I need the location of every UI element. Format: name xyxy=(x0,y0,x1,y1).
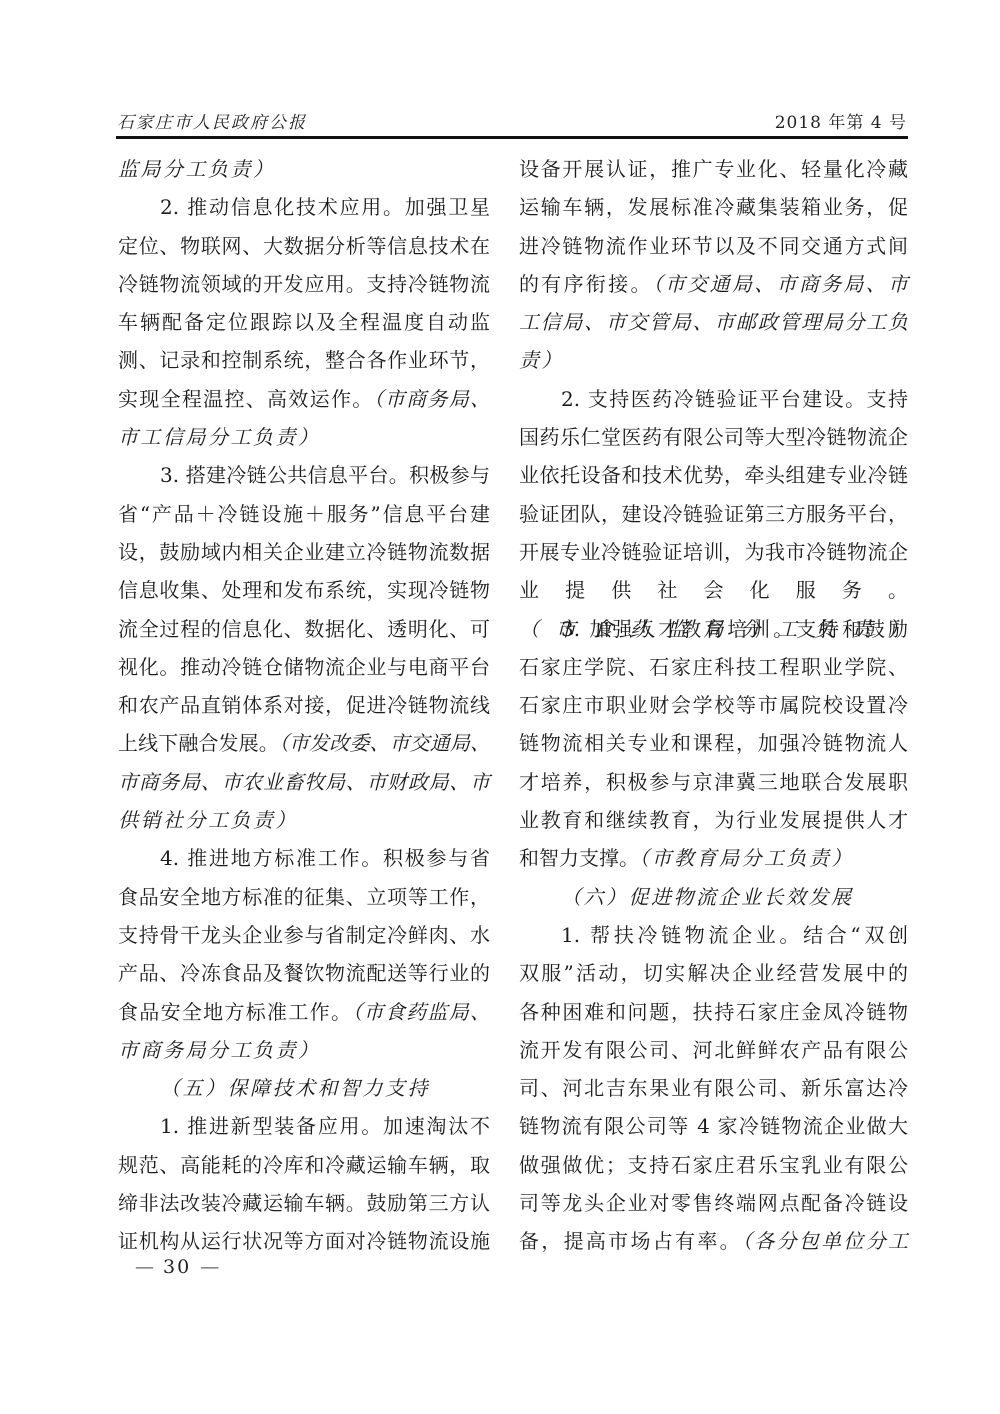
page-body: 监局分工负责）2. 推动信息化技术应用。加强卫星定位、物联网、大数据分析等信息技… xyxy=(118,150,908,1261)
text-segment-song: 设，鼓励域内相关企业建立冷链物流数据 xyxy=(118,540,490,564)
text-segment-kai: （各分包单位分工 xyxy=(742,1229,908,1253)
page-number: 30 xyxy=(163,1256,191,1278)
text-line: 链物流有限公司等 4 家冷链物流企业做大 xyxy=(519,1107,908,1145)
text-segment-song: 才培养，积极参与京津冀三地联合发展职 xyxy=(519,770,908,794)
text-line: （五）保障技术和智力支持 xyxy=(118,1069,490,1107)
text-segment-song: 业提供社会化服务。 xyxy=(519,578,908,602)
page-footer: —30— xyxy=(126,1254,228,1280)
text-line: 做强做优；支持石家庄君乐宝乳业有限公 xyxy=(519,1146,908,1184)
text-segment-song: 各种困难和问题，扶持石家庄金凤冷链物 xyxy=(519,1000,908,1024)
text-line: 设，鼓励域内相关企业建立冷链物流数据 xyxy=(118,533,490,571)
header-rule xyxy=(116,136,908,139)
text-segment-song: 食品安全地方标准工作。 xyxy=(118,1000,352,1024)
text-segment-song: 石家庄学院、石家庄科技工程职业学院、 xyxy=(519,655,908,679)
text-line: 石家庄学院、石家庄科技工程职业学院、 xyxy=(519,648,908,686)
text-line: 和农产品直销体系对接，促进冷链物流线 xyxy=(118,686,490,724)
text-line: 市商务局、市农业畜牧局、市财政局、市 xyxy=(118,763,490,801)
text-segment-song: 和智力支撑。 xyxy=(519,846,639,870)
text-segment-song: 石家庄市职业财会学校等市属院校设置冷 xyxy=(519,693,908,717)
text-segment-song: 司等龙头企业对零售终端网点配备冷链设 xyxy=(519,1191,908,1215)
text-segment-song: 进冷链物流作业环节以及不同交通方式间 xyxy=(519,234,908,258)
text-line: 省“产品＋冷链设施＋服务”信息平台建 xyxy=(118,495,490,533)
text-segment-song: 验证团队，建设冷链验证第三方服务平台， xyxy=(519,502,908,526)
text-line: 双服”活动，切实解决企业经营发展中的 xyxy=(519,954,908,992)
text-segment-song: 国药乐仁堂医药有限公司等大型冷链物流企 xyxy=(519,425,908,449)
text-line: 1. 帮扶冷链物流企业。结合“双创 xyxy=(519,916,908,954)
text-line: 工信局、市交管局、市邮政管理局分工负 xyxy=(519,303,908,341)
text-line: 业教育和继续教育，为行业发展提供人才 xyxy=(519,801,908,839)
text-line: 3. 加强人才教育培训。支持和鼓励 xyxy=(519,610,908,648)
text-line: 上线下融合发展。（市发改委、市交通局、 xyxy=(118,724,490,762)
text-line: 信息收集、处理和发布系统，实现冷链物 xyxy=(118,571,490,609)
text-segment-kai: （五）保障技术和智力支持 xyxy=(160,1076,430,1100)
text-segment-kai: （市食药监局、 xyxy=(352,1000,490,1024)
text-segment-song: 缔非法改装冷藏运输车辆。鼓励第三方认 xyxy=(118,1191,490,1215)
text-line: 链物流相关专业和课程，加强冷链物流人 xyxy=(519,724,908,762)
left-column: 监局分工负责）2. 推动信息化技术应用。加强卫星定位、物联网、大数据分析等信息技… xyxy=(118,150,490,1261)
text-line: 才培养，积极参与京津冀三地联合发展职 xyxy=(519,763,908,801)
text-segment-song: 省“产品＋冷链设施＋服务”信息平台建 xyxy=(118,502,490,526)
text-segment-song: 双服”活动，切实解决企业经营发展中的 xyxy=(519,961,908,985)
footer-dash-left: — xyxy=(126,1256,163,1278)
text-line: 实现全程温控、高效运作。（市商务局、 xyxy=(118,380,490,418)
text-segment-kai: 市商务局、市农业畜牧局、市财政局、市 xyxy=(118,770,490,794)
text-line: 食品安全地方标准工作。（市食药监局、 xyxy=(118,993,490,1031)
text-segment-song: 车辆配备定位跟踪以及全程温度自动监 xyxy=(118,310,490,334)
text-segment-song: 食品安全地方标准的征集、立项等工作， xyxy=(118,885,490,909)
text-segment-song: 运输车辆，发展标准冷藏集装箱业务，促 xyxy=(519,195,908,219)
text-segment-kai: （市教育局分工负责） xyxy=(639,846,854,870)
text-line: 设备开展认证，推广专业化、轻量化冷藏 xyxy=(519,150,908,188)
text-line: 石家庄市职业财会学校等市属院校设置冷 xyxy=(519,686,908,724)
text-line: 缔非法改装冷藏运输车辆。鼓励第三方认 xyxy=(118,1184,490,1222)
text-line: 监局分工负责） xyxy=(118,150,490,188)
text-line: 3. 搭建冷链公共信息平台。积极参与 xyxy=(118,456,490,494)
text-line: 1. 推进新型装备应用。加速淘汰不 xyxy=(118,1107,490,1145)
text-line: 规范、高能耗的冷库和冷藏运输车辆，取 xyxy=(118,1146,490,1184)
text-segment-song: 设备开展认证，推广专业化、轻量化冷藏 xyxy=(519,157,908,181)
text-line: 备，提高市场占有率。（各分包单位分工 xyxy=(519,1222,908,1260)
text-line: 责） xyxy=(519,341,908,379)
text-segment-song: 2. 支持医药冷链验证平台建设。支持 xyxy=(561,387,908,411)
text-segment-kai: （市商务局、 xyxy=(374,387,490,411)
text-segment-song: 流全过程的信息化、数据化、透明化、可 xyxy=(118,617,490,641)
text-line: 的有序衔接。（市交通局、市商务局、市 xyxy=(519,265,908,303)
text-segment-song: 规范、高能耗的冷库和冷藏运输车辆，取 xyxy=(118,1153,490,1177)
text-line: 业依托设备和技术优势，牵头组建专业冷链 xyxy=(519,456,908,494)
text-segment-song: 3. 搭建冷链公共信息平台。积极参与 xyxy=(160,463,490,487)
text-line: 视化。推动冷链仓储物流企业与电商平台 xyxy=(118,648,490,686)
text-line: 市商务局分工负责） xyxy=(118,1031,490,1069)
text-segment-song: 司、河北吉东果业有限公司、新乐富达冷 xyxy=(519,1076,908,1100)
text-line: 业提供社会化服务。（市食药监局分工负责） xyxy=(519,571,908,609)
text-line: 市工信局分工负责） xyxy=(118,418,490,456)
text-segment-song: 信息收集、处理和发布系统，实现冷链物 xyxy=(118,578,490,602)
text-segment-song: 备，提高市场占有率。 xyxy=(519,1229,742,1253)
text-line: 流开发有限公司、河北鲜鲜农产品有限公 xyxy=(519,1031,908,1069)
text-segment-song: 冷链物流领域的开发应用。支持冷链物流 xyxy=(118,272,490,296)
text-segment-kai: 工信局、市交管局、市邮政管理局分工负 xyxy=(519,310,908,334)
gazette-header: 石家庄市人民政府公报 2018 年第 4 号 xyxy=(117,108,907,133)
text-line: 4. 推进地方标准工作。积极参与省 xyxy=(118,839,490,877)
text-segment-song: 产品、冷冻食品及餐饮物流配送等行业的 xyxy=(118,961,490,985)
text-segment-song: 开展专业冷链验证培训，为我市冷链物流企 xyxy=(519,540,908,564)
text-segment-kai: 责） xyxy=(519,348,564,372)
text-segment-song: 支持骨干龙头企业参与省制定冷鲜肉、水 xyxy=(118,923,490,947)
text-segment-song: 业教育和继续教育，为行业发展提供人才 xyxy=(519,808,908,832)
text-segment-kai: 市工信局分工负责） xyxy=(118,425,321,449)
text-line: 流全过程的信息化、数据化、透明化、可 xyxy=(118,610,490,648)
text-segment-song: 视化。推动冷链仓储物流企业与电商平台 xyxy=(118,655,490,679)
text-line: 和智力支撑。（市教育局分工负责） xyxy=(519,839,908,877)
issue-number: 2018 年第 4 号 xyxy=(775,108,907,133)
text-line: 车辆配备定位跟踪以及全程温度自动监 xyxy=(118,303,490,341)
text-segment-song: 2. 推动信息化技术应用。加强卫星 xyxy=(160,195,490,219)
text-segment-song: 实现全程温控、高效运作。 xyxy=(118,387,374,411)
text-line: 验证团队，建设冷链验证第三方服务平台， xyxy=(519,495,908,533)
text-segment-song: 链物流相关专业和课程，加强冷链物流人 xyxy=(519,731,908,755)
text-segment-kai: 市商务局分工负责） xyxy=(118,1038,321,1062)
text-segment-kai: 供销社分工负责） xyxy=(118,808,298,832)
footer-dash-right: — xyxy=(191,1256,228,1278)
text-segment-song: 和农产品直销体系对接，促进冷链物流线 xyxy=(118,693,490,717)
text-segment-kai: （市交通局、市商务局、市 xyxy=(653,272,908,296)
text-line: 供销社分工负责） xyxy=(118,801,490,839)
text-line: 开展专业冷链验证培训，为我市冷链物流企 xyxy=(519,533,908,571)
text-segment-kai: （市发改委、市交通局、 xyxy=(279,731,490,755)
text-line: 国药乐仁堂医药有限公司等大型冷链物流企 xyxy=(519,418,908,456)
text-segment-song: 定位、物联网、大数据分析等信息技术在 xyxy=(118,234,490,258)
text-line: 各种困难和问题，扶持石家庄金凤冷链物 xyxy=(519,993,908,1031)
text-segment-song: 的有序衔接。 xyxy=(519,272,653,296)
text-line: （六）促进物流企业长效发展 xyxy=(519,878,908,916)
text-segment-kai: 监局分工负责） xyxy=(118,157,276,181)
text-line: 定位、物联网、大数据分析等信息技术在 xyxy=(118,227,490,265)
text-segment-song: 3. 加强人才教育培训。支持和鼓励 xyxy=(561,617,908,641)
text-segment-kai: （六）促进物流企业长效发展 xyxy=(561,885,854,909)
text-segment-song: 业依托设备和技术优势，牵头组建专业冷链 xyxy=(519,463,908,487)
publication-title: 石家庄市人民政府公报 xyxy=(117,108,307,133)
text-line: 进冷链物流作业环节以及不同交通方式间 xyxy=(519,227,908,265)
text-line: 运输车辆，发展标准冷藏集装箱业务，促 xyxy=(519,188,908,226)
text-line: 司、河北吉东果业有限公司、新乐富达冷 xyxy=(519,1069,908,1107)
text-line: 司等龙头企业对零售终端网点配备冷链设 xyxy=(519,1184,908,1222)
text-line: 支持骨干龙头企业参与省制定冷鲜肉、水 xyxy=(118,916,490,954)
text-line: 2. 推动信息化技术应用。加强卫星 xyxy=(118,188,490,226)
text-segment-song: 1. 推进新型装备应用。加速淘汰不 xyxy=(160,1114,490,1138)
text-segment-song: 4. 推进地方标准工作。积极参与省 xyxy=(160,846,490,870)
text-segment-song: 链物流有限公司等 4 家冷链物流企业做大 xyxy=(519,1114,908,1138)
text-line: 测、记录和控制系统，整合各作业环节， xyxy=(118,341,490,379)
text-segment-song: 证机构从运行状况等方面对冷链物流设施 xyxy=(118,1229,490,1253)
text-segment-song: 测、记录和控制系统，整合各作业环节， xyxy=(118,348,490,372)
text-segment-song: 1. 帮扶冷链物流企业。结合“双创 xyxy=(561,923,908,947)
text-line: 产品、冷冻食品及餐饮物流配送等行业的 xyxy=(118,954,490,992)
text-line: 冷链物流领域的开发应用。支持冷链物流 xyxy=(118,265,490,303)
text-segment-song: 上线下融合发展。 xyxy=(118,731,279,755)
right-column: 设备开展认证，推广专业化、轻量化冷藏运输车辆，发展标准冷藏集装箱业务，促进冷链物… xyxy=(519,150,908,1261)
text-line: 食品安全地方标准的征集、立项等工作， xyxy=(118,878,490,916)
text-segment-song: 做强做优；支持石家庄君乐宝乳业有限公 xyxy=(519,1153,908,1177)
text-segment-song: 流开发有限公司、河北鲜鲜农产品有限公 xyxy=(519,1038,908,1062)
text-line: 2. 支持医药冷链验证平台建设。支持 xyxy=(519,380,908,418)
